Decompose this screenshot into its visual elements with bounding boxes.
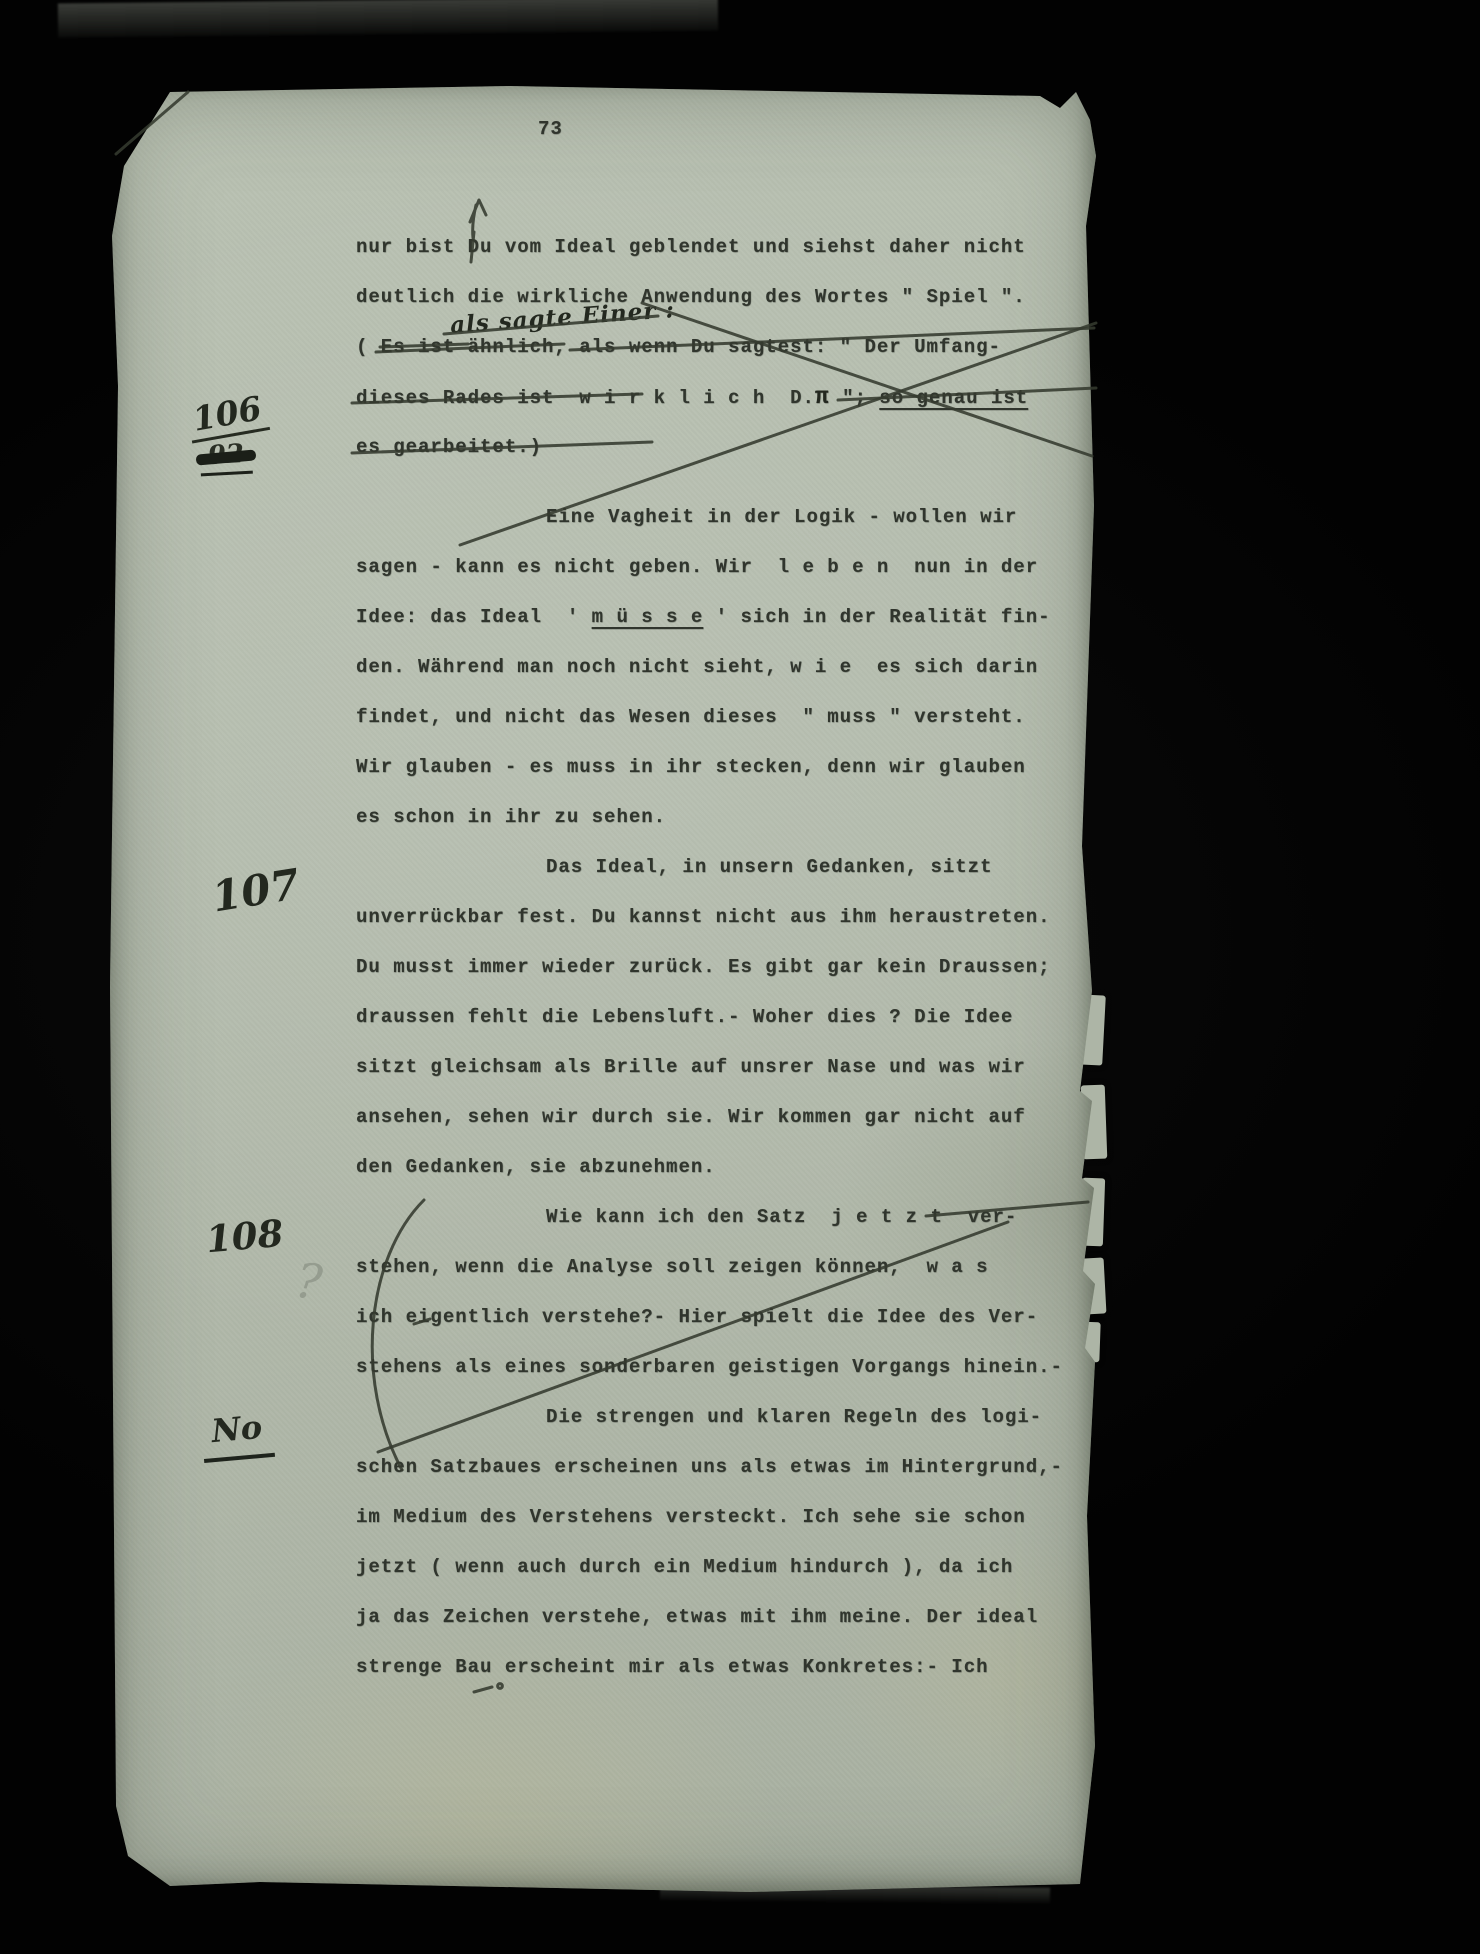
photo-artifact-top-sheet-edge <box>58 0 718 37</box>
typescript-line: ansehen, sehen wir durch sie. Wir kommen… <box>356 1092 1136 1142</box>
text-segment: Die strengen und klaren Regeln des logi- <box>546 1406 1042 1428</box>
typescript-line: schen Satzbaues erscheinen uns als etwas… <box>356 1442 1136 1492</box>
text-segment: den. Während man noch nicht sieht, w i e… <box>356 656 1038 678</box>
text-segment: ja das Zeichen verstehe, etwas mit ihm m… <box>356 1606 1038 1628</box>
typescript-line: es schon in ihr zu sehen. <box>356 792 1136 842</box>
typescript-line: Du musst immer wieder zurück. Es gibt ga… <box>356 942 1136 992</box>
typescript-line: stehen, wenn die Analyse soll zeigen kön… <box>356 1242 1136 1292</box>
margin-no-annotation: No <box>200 1407 275 1463</box>
text-segment: unverrückbar fest. Du kannst nicht aus i… <box>356 906 1051 928</box>
text-segment: Du musst immer wieder zurück. Es gibt ga… <box>356 956 1051 978</box>
text-segment: nur bist Du vom Ideal geblendet und sieh… <box>356 236 1026 258</box>
text-segment: deutlich die wirkliche Anwendung des Wor… <box>356 286 1026 308</box>
text-segment: stehens als eines sonderbaren geistigen … <box>356 1356 1063 1378</box>
typescript-line: den. Während man noch nicht sieht, w i e… <box>356 642 1136 692</box>
typescript-line: Wie kann ich den Satz j e t z t ver- <box>356 1192 1136 1242</box>
typescript-line: sagen - kann es nicht geben. Wir l e b e… <box>356 542 1136 592</box>
typescript-line: sitzt gleichsam als Brille auf unsrer Na… <box>356 1042 1136 1092</box>
text-segment: ich eigentlich verstehe?- Hier spielt di… <box>356 1306 1038 1328</box>
text-segment: dieses Rades ist w i r k l i c h D. <box>356 387 815 409</box>
text-segment: schen Satzbaues erscheinen uns als etwas… <box>356 1456 1063 1478</box>
typescript-line: nur bist Du vom Ideal geblendet und sieh… <box>356 222 1136 272</box>
margin-number-108: 108 <box>204 1211 285 1262</box>
typescript-line: Idee: das Ideal ' m ü s s e ' sich in de… <box>356 592 1136 642</box>
text-segment: "; <box>830 387 880 409</box>
text-segment: Wie kann ich den Satz j e t z t ver- <box>546 1206 1017 1228</box>
text-segment: m ü s s e <box>592 606 704 628</box>
typescript-line: Die strengen und klaren Regeln des logi- <box>356 1392 1136 1442</box>
text-segment: ansehen, sehen wir durch sie. Wir kommen… <box>356 1106 1026 1128</box>
typescript-line: Wir glauben - es muss in ihr stecken, de… <box>356 742 1136 792</box>
typescript-line: strenge Bau erscheint mir als etwas Konk… <box>356 1642 1136 1692</box>
text-segment: es gearbeitet.) <box>356 436 542 458</box>
text-segment: Idee: das Ideal ' <box>356 606 592 628</box>
text-segment: stehen, wenn die Analyse soll zeigen kön… <box>356 1256 989 1278</box>
text-segment: den Gedanken, sie abzunehmen. <box>356 1156 716 1178</box>
manuscript-page-photo: 73 nur bist Du vom Ideal geblendet und s… <box>0 0 1480 1954</box>
text-segment: sagen - kann es nicht geben. Wir l e b e… <box>356 556 1038 578</box>
text-segment: ( Es ist ähnlich, als wenn Du sagtest: "… <box>356 336 1001 358</box>
text-segment: ' sich in der Realität fin- <box>703 606 1050 628</box>
typescript-line: ja das Zeichen verstehe, etwas mit ihm m… <box>356 1592 1136 1642</box>
typescript-line: jetzt ( wenn auch durch ein Medium hindu… <box>356 1542 1136 1592</box>
typescript-line: draussen fehlt die Lebensluft.- Woher di… <box>356 992 1136 1042</box>
margin-number-92-struck: 92 <box>199 439 253 477</box>
typescript-line: im Medium des Verstehens versteckt. Ich … <box>356 1492 1136 1542</box>
typescript-line: Das Ideal, in unsern Gedanken, sitzt <box>356 842 1136 892</box>
text-segment: Das Ideal, in unsern Gedanken, sitzt <box>546 856 992 878</box>
typescript-text-block: nur bist Du vom Ideal geblendet und sieh… <box>356 222 1136 1692</box>
text-segment: Wir glauben - es muss in ihr stecken, de… <box>356 756 1026 778</box>
typescript-line: den Gedanken, sie abzunehmen. <box>356 1142 1136 1192</box>
text-segment: im Medium des Verstehens versteckt. Ich … <box>356 1506 1026 1528</box>
text-segment: jetzt ( wenn auch durch ein Medium hindu… <box>356 1556 1013 1578</box>
page-number: 73 <box>538 118 563 140</box>
text-segment: sitzt gleichsam als Brille auf unsrer Na… <box>356 1056 1026 1078</box>
text-segment: es schon in ihr zu sehen. <box>356 806 666 828</box>
text-segment: strenge Bau erscheint mir als etwas Konk… <box>356 1656 989 1678</box>
text-segment: π <box>815 384 830 410</box>
text-segment: so genau ist <box>879 387 1028 409</box>
typescript-line: dieses Rades ist w i r k l i c h D.π "; … <box>356 372 1136 422</box>
typescript-line: Eine Vagheit in der Logik - wollen wir <box>356 492 1136 542</box>
typescript-line: ich eigentlich verstehe?- Hier spielt di… <box>356 1292 1136 1342</box>
typescript-line: es gearbeitet.) <box>356 422 1136 472</box>
typescript-line: findet, und nicht das Wesen dieses " mus… <box>356 692 1136 742</box>
text-segment: Eine Vagheit in der Logik - wollen wir <box>546 506 1017 528</box>
text-segment: draussen fehlt die Lebensluft.- Woher di… <box>356 1006 1013 1028</box>
typescript-line: unverrückbar fest. Du kannst nicht aus i… <box>356 892 1136 942</box>
text-segment: findet, und nicht das Wesen dieses " mus… <box>356 706 1026 728</box>
typescript-line: stehens als eines sonderbaren geistigen … <box>356 1342 1136 1392</box>
